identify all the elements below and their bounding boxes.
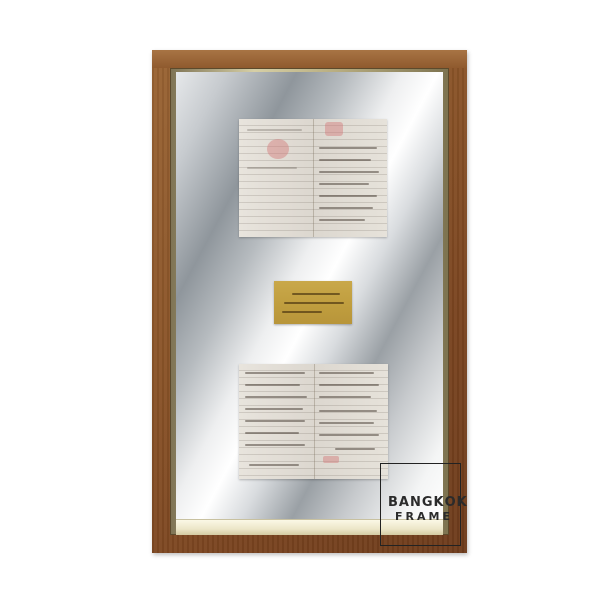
watermark-brand-line1: BANGKOK	[388, 495, 488, 510]
fold-line	[314, 364, 315, 479]
handwriting	[319, 147, 377, 149]
handwriting	[245, 432, 299, 434]
handwriting	[247, 129, 302, 131]
handwriting	[249, 464, 299, 466]
handwriting	[245, 396, 307, 398]
handwriting	[319, 434, 379, 436]
handwriting	[245, 444, 305, 446]
watermark-text: BANGK	[388, 495, 445, 510]
handwriting	[247, 167, 297, 169]
handwriting	[284, 302, 344, 304]
handwriting	[292, 293, 340, 295]
lower-letter	[239, 364, 388, 479]
handwriting	[282, 311, 322, 313]
red-seal-stamp	[325, 122, 343, 136]
center-card	[274, 281, 352, 324]
red-seal-stamp	[267, 139, 289, 159]
handwriting	[319, 372, 374, 374]
watermark-text: K	[457, 495, 468, 510]
handwriting	[319, 384, 379, 386]
handwriting	[319, 159, 371, 161]
handwriting	[319, 195, 377, 197]
handwriting	[245, 384, 300, 386]
handwriting	[245, 420, 305, 422]
handwriting	[319, 183, 369, 185]
fold-line	[313, 119, 314, 237]
red-stamp	[323, 456, 339, 463]
upper-letter	[239, 119, 387, 237]
handwriting	[319, 207, 373, 209]
signature	[335, 448, 375, 450]
handwriting	[319, 422, 374, 424]
handwriting	[245, 372, 305, 374]
handwriting	[319, 219, 365, 221]
handwriting	[319, 396, 371, 398]
handwriting	[245, 408, 303, 410]
frame-top-rail	[152, 50, 467, 68]
handwriting	[319, 171, 379, 173]
watermark-brand-line2: FRAME	[395, 510, 475, 523]
handwriting	[319, 410, 377, 412]
watermark-highlight-letter: O	[445, 495, 457, 510]
